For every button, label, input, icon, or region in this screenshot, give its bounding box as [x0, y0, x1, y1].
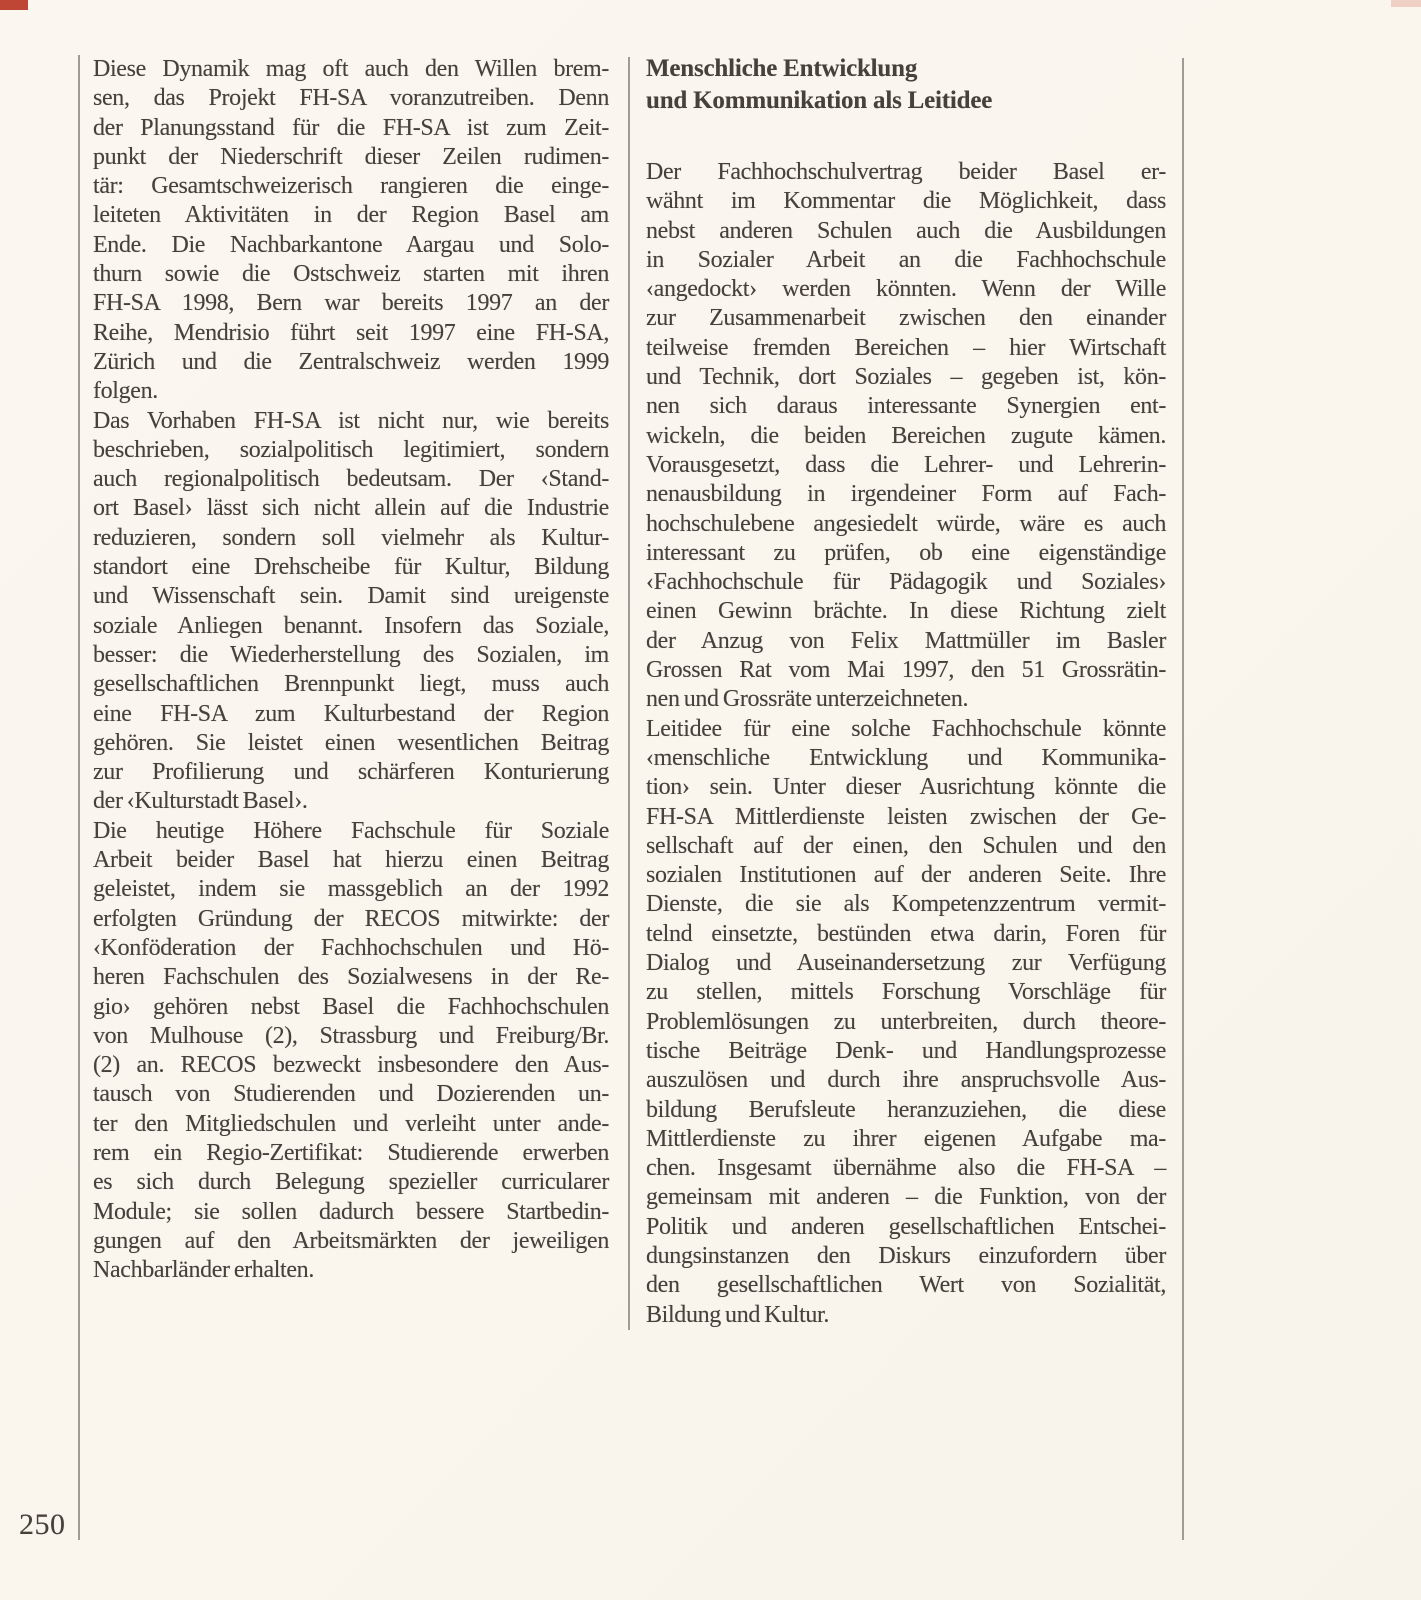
text-line: Nachbarländer erhalten. — [93, 1256, 609, 1285]
text-line: ‹angedockt› werden könnten. Wenn der Wil… — [646, 275, 1166, 304]
section-heading-line-1: Menschliche Entwicklung — [646, 53, 1166, 85]
text-line: Bildung und Kultur. — [646, 1301, 1166, 1330]
text-line: ‹menschliche Entwicklung und Kommunika- — [646, 744, 1166, 773]
text-line: FH-SA 1998, Bern war bereits 1997 an der — [93, 289, 609, 318]
left-margin-rule — [78, 55, 80, 1540]
text-line: Grossen Rat vom Mai 1997, den 51 Grossrä… — [646, 656, 1166, 685]
right-column: Menschliche Entwicklung und Kommunikatio… — [646, 53, 1166, 1330]
text-line: dungsinstanzen den Diskurs einzufordern … — [646, 1242, 1166, 1271]
text-line: ter den Mitgliedschulen und verleiht unt… — [93, 1110, 609, 1139]
text-line: Zürich und die Zentralschweiz werden 199… — [93, 348, 609, 377]
text-line: der Anzug von Felix Mattmüller im Basler — [646, 627, 1166, 656]
text-line: reduzieren, sondern soll vielmehr als Ku… — [93, 524, 609, 553]
text-line: nenausbildung in irgendeiner Form auf Fa… — [646, 480, 1166, 509]
paragraph: Die heutige Höhere Fachschule für Sozial… — [93, 817, 609, 1286]
text-line: der ‹Kulturstadt Basel›. — [93, 787, 609, 816]
text-line: von Mulhouse (2), Strassburg und Freibur… — [93, 1022, 609, 1051]
text-line: ‹Konföderation der Fachhochschulen und H… — [93, 934, 609, 963]
text-line: Das Vorhaben FH-SA ist nicht nur, wie be… — [93, 407, 609, 436]
text-line: nebst anderen Schulen auch die Ausbildun… — [646, 217, 1166, 246]
right-column-text: Der Fachhochschulvertrag beider Basel er… — [646, 158, 1166, 1330]
print-mark-top-left — [0, 0, 28, 10]
section-heading: Menschliche Entwicklung und Kommunikatio… — [646, 53, 1166, 117]
text-line: sellschaft auf der einen, den Schulen un… — [646, 832, 1166, 861]
page-number: 250 — [19, 1508, 66, 1542]
text-line: einen Gewinn brächte. In diese Richtung … — [646, 597, 1166, 626]
text-line: den gesellschaftlichen Wert von Sozialit… — [646, 1271, 1166, 1300]
paragraph: Das Vorhaben FH-SA ist nicht nur, wie be… — [93, 407, 609, 817]
text-line: Politik und anderen gesellschaftlichen E… — [646, 1213, 1166, 1242]
text-line: bildung Berufsleute heranzuziehen, die d… — [646, 1096, 1166, 1125]
text-line: tion› sein. Unter dieser Ausrichtung kön… — [646, 773, 1166, 802]
text-line: Module; sie sollen dadurch bessere Start… — [93, 1198, 609, 1227]
column-divider-rule — [628, 57, 630, 1330]
paragraph: Leitidee für eine solche Fachhochschule … — [646, 715, 1166, 1330]
text-line: tische Beiträge Denk- und Handlungsproze… — [646, 1037, 1166, 1066]
text-line: eine FH-SA zum Kulturbestand der Region — [93, 700, 609, 729]
text-line: gehören. Sie leistet einen wesentlichen … — [93, 729, 609, 758]
text-line: Ende. Die Nachbarkantone Aargau und Solo… — [93, 231, 609, 260]
print-mark-top-right — [1391, 0, 1421, 7]
paragraph: Diese Dynamik mag oft auch den Willen br… — [93, 55, 609, 407]
text-line: und Technik, dort Soziales – gegeben ist… — [646, 363, 1166, 392]
text-line: Dienste, die sie als Kompetenzzentrum ve… — [646, 890, 1166, 919]
text-line: beschrieben, sozialpolitisch legitimiert… — [93, 436, 609, 465]
text-line: zur Profilierung und schärferen Konturie… — [93, 758, 609, 787]
text-line: Reihe, Mendrisio führt seit 1997 eine FH… — [93, 319, 609, 348]
text-line: sen, das Projekt FH-SA voranzutreiben. D… — [93, 84, 609, 113]
text-line: nen sich daraus interessante Synergien e… — [646, 392, 1166, 421]
text-line: auch regionalpolitisch bedeutsam. Der ‹S… — [93, 465, 609, 494]
text-line: in Sozialer Arbeit an die Fachhochschule — [646, 246, 1166, 275]
text-line: teilweise fremden Bereichen – hier Wirts… — [646, 334, 1166, 363]
text-line: rem ein Regio-Zertifikat: Studierende er… — [93, 1139, 609, 1168]
text-line: ‹Fachhochschule für Pädagogik und Sozial… — [646, 568, 1166, 597]
text-line: Leitidee für eine solche Fachhochschule … — [646, 715, 1166, 744]
text-line: interessant zu prüfen, ob eine eigenstän… — [646, 539, 1166, 568]
text-line: Arbeit beider Basel hat hierzu einen Bei… — [93, 846, 609, 875]
text-line: heren Fachschulen des Sozialwesens in de… — [93, 963, 609, 992]
text-line: erfolgten Gründung der RECOS mitwirkte: … — [93, 905, 609, 934]
text-line: thurn sowie die Ostschweiz starten mit i… — [93, 260, 609, 289]
text-line: Diese Dynamik mag oft auch den Willen br… — [93, 55, 609, 84]
text-line: auszulösen und durch ihre anspruchsvolle… — [646, 1066, 1166, 1095]
text-line: wähnt im Kommentar die Möglichkeit, dass — [646, 187, 1166, 216]
text-line: Problemlösungen zu unterbreiten, durch t… — [646, 1008, 1166, 1037]
text-line: besser: die Wiederherstellung des Sozial… — [93, 641, 609, 670]
text-line: sozialen Institutionen auf der anderen S… — [646, 861, 1166, 890]
text-line: soziale Anliegen benannt. Insofern das S… — [93, 612, 609, 641]
text-line: Vorausgesetzt, dass die Lehrer- und Lehr… — [646, 451, 1166, 480]
text-line: standort eine Drehscheibe für Kultur, Bi… — [93, 553, 609, 582]
text-line: leiteten Aktivitäten in der Region Basel… — [93, 201, 609, 230]
text-line: und Wissenschaft sein. Damit sind ureige… — [93, 582, 609, 611]
text-line: punkt der Niederschrift dieser Zeilen ru… — [93, 143, 609, 172]
text-line: tausch von Studierenden und Dozierenden … — [93, 1080, 609, 1109]
text-line: gungen auf den Arbeitsmärkten der jeweil… — [93, 1227, 609, 1256]
text-line: telnd einsetzte, bestünden etwa darin, F… — [646, 920, 1166, 949]
text-line: geleistet, indem sie massgeblich an der … — [93, 875, 609, 904]
text-line: FH-SA Mittlerdienste leisten zwischen de… — [646, 803, 1166, 832]
text-line: Die heutige Höhere Fachschule für Sozial… — [93, 817, 609, 846]
text-line: hochschulebene angesiedelt würde, wäre e… — [646, 510, 1166, 539]
text-line: der Planungsstand für die FH-SA ist zum … — [93, 114, 609, 143]
text-line: zur Zusammenarbeit zwischen den einander — [646, 304, 1166, 333]
text-line: zu stellen, mittels Forschung Vorschläge… — [646, 978, 1166, 1007]
text-line: Der Fachhochschulvertrag beider Basel er… — [646, 158, 1166, 187]
text-line: folgen. — [93, 377, 609, 406]
text-line: (2) an. RECOS bezweckt insbesondere den … — [93, 1051, 609, 1080]
scanned-book-page: Diese Dynamik mag oft auch den Willen br… — [0, 0, 1421, 1600]
text-line: chen. Insgesamt übernähme also die FH-SA… — [646, 1154, 1166, 1183]
text-line: gemeinsam mit anderen – die Funktion, vo… — [646, 1183, 1166, 1212]
text-line: Mittlerdienste zu ihrer eigenen Aufgabe … — [646, 1125, 1166, 1154]
text-line: wickeln, die beiden Bereichen zugute käm… — [646, 422, 1166, 451]
section-heading-line-2: und Kommunikation als Leitidee — [646, 85, 1166, 117]
text-line: tär: Gesamtschweizerisch rangieren die e… — [93, 172, 609, 201]
left-column-text: Diese Dynamik mag oft auch den Willen br… — [93, 55, 609, 1285]
text-line: ort Basel› lässt sich nicht allein auf d… — [93, 494, 609, 523]
text-line: gio› gehören nebst Basel die Fachhochsch… — [93, 993, 609, 1022]
text-line: Dialog und Auseinandersetzung zur Verfüg… — [646, 949, 1166, 978]
text-line: gesellschaftlichen Brennpunkt liegt, mus… — [93, 670, 609, 699]
paragraph: Der Fachhochschulvertrag beider Basel er… — [646, 158, 1166, 715]
right-margin-rule — [1182, 58, 1184, 1540]
text-line: nen und Grossräte unterzeichneten. — [646, 685, 1166, 714]
text-line: es sich durch Belegung spezieller curric… — [93, 1168, 609, 1197]
